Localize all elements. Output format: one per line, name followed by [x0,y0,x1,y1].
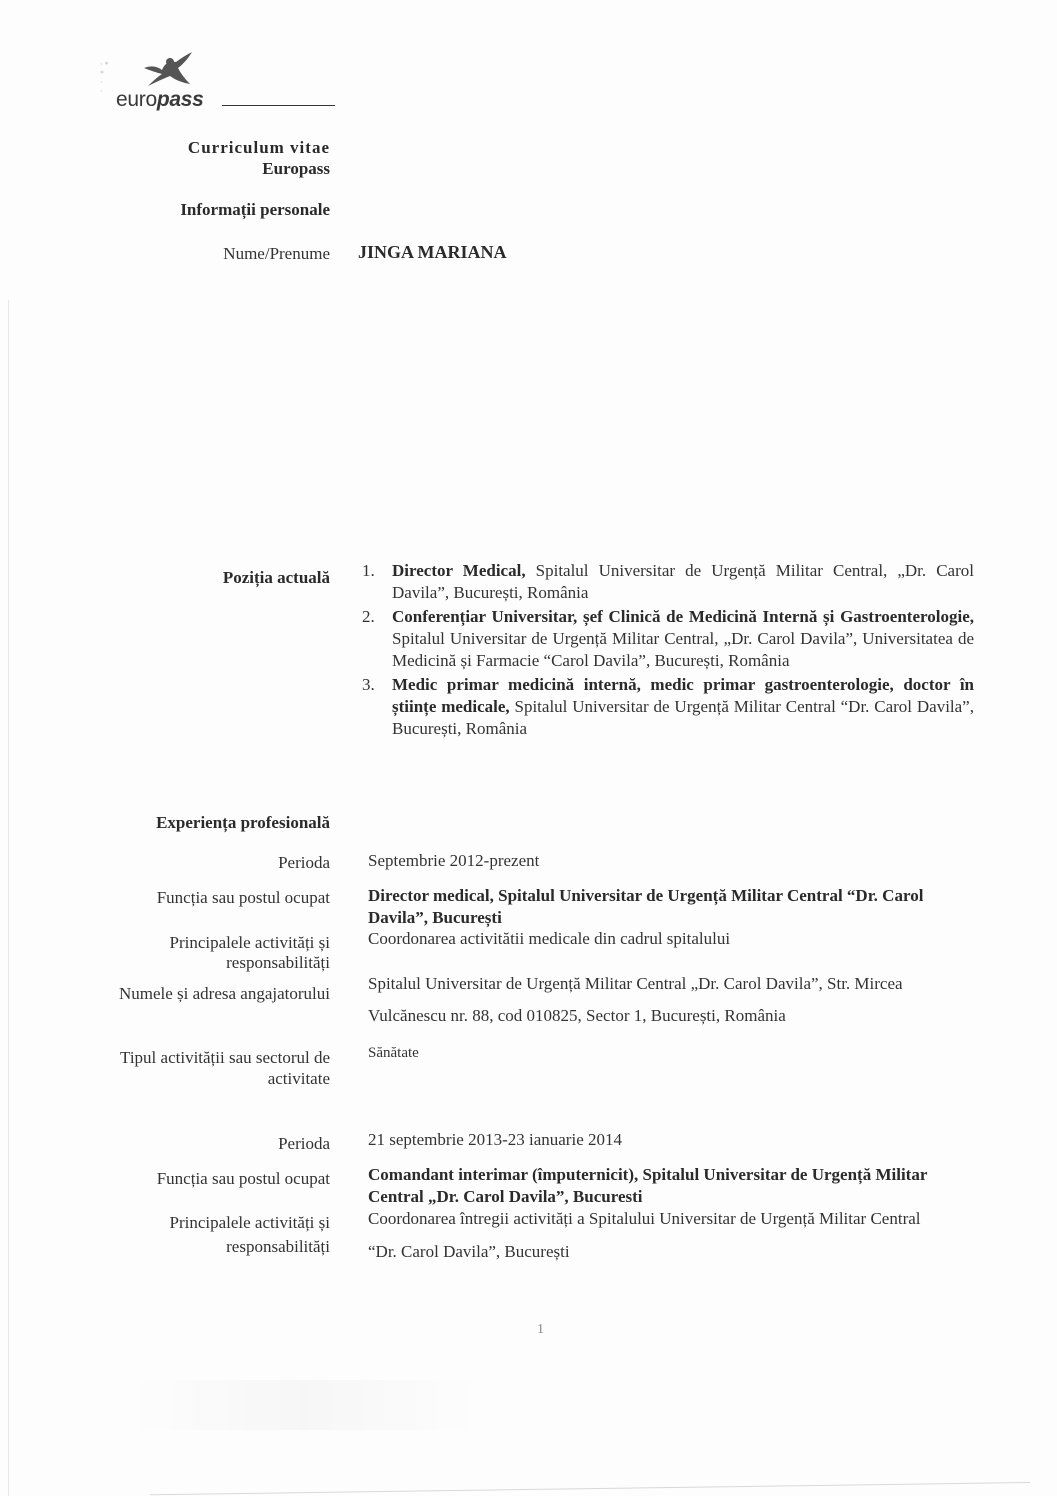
period-value: 21 septembrie 2013-23 ianuarie 2014 [368,1129,973,1151]
position-label: Funcția sau postul ocupat [157,887,330,909]
eu-stars-icon: · **·· [100,60,109,96]
scan-edge [8,300,9,1496]
bleed-through-artifact [130,1380,480,1430]
position-value: Director medical, Spitalul Universitar d… [368,885,973,929]
period-label: Perioda [278,1133,330,1155]
activities-label-line1: Principalele activități și [169,932,330,954]
activities-label-line2: responsabilități [226,952,330,974]
logo-rule [222,105,335,106]
name-label: Nume/Prenume [223,243,330,265]
position-item: 2. Conferențiar Universitar, șef Clinică… [362,606,974,672]
sector-label-line1: Tipul activității sau sectorul de [120,1047,330,1069]
cv-title-line2: Europass [262,158,330,180]
experience-heading: Experiența profesională [156,812,330,834]
position-item: 1. Director Medical, Spitalul Universita… [362,560,974,604]
activities-label-line2: responsabilități [226,1236,330,1258]
period-label: Perioda [278,852,330,874]
activities-value-line2: “Dr. Carol Davila”, București [368,1241,973,1263]
activities-label-line1: Principalele activități și [169,1212,330,1234]
current-position-label: Poziția actuală [223,567,330,589]
position-item: 3. Medic primar medicină internă, medic … [362,674,974,740]
activities-value-line1: Coordonarea întregii activități a Spital… [368,1208,973,1230]
europass-logo: · **·· europass [100,50,340,120]
sector-label-line2: activitate [268,1068,330,1090]
page-number: 1 [537,1322,544,1338]
period-value: Septembrie 2012-prezent [368,850,973,872]
document-page: · **·· europass Curriculum vitae Europas… [0,0,1057,1496]
cv-title-line1: Curriculum vitae [188,137,330,159]
employer-value-line1: Spitalul Universitar de Urgență Militar … [368,973,973,995]
name-value: JINGA MARIANA [358,241,963,263]
employer-value-line2: Vulcănescu nr. 88, cod 010825, Sector 1,… [368,1005,973,1027]
activities-value: Coordonarea activitătii medicale din cad… [368,928,973,950]
scan-edge [150,1482,1030,1495]
europass-wordmark: europass [116,88,204,112]
position-value: Comandant interimar (împuternicit), Spit… [368,1164,973,1208]
personal-info-heading: Informații personale [180,199,330,221]
europass-figure-icon [140,50,200,90]
employer-label: Numele și adresa angajatorului [119,983,330,1005]
sector-value: Sănătate [368,1042,973,1064]
current-position-list: 1. Director Medical, Spitalul Universita… [362,560,974,742]
position-label: Funcția sau postul ocupat [157,1168,330,1190]
